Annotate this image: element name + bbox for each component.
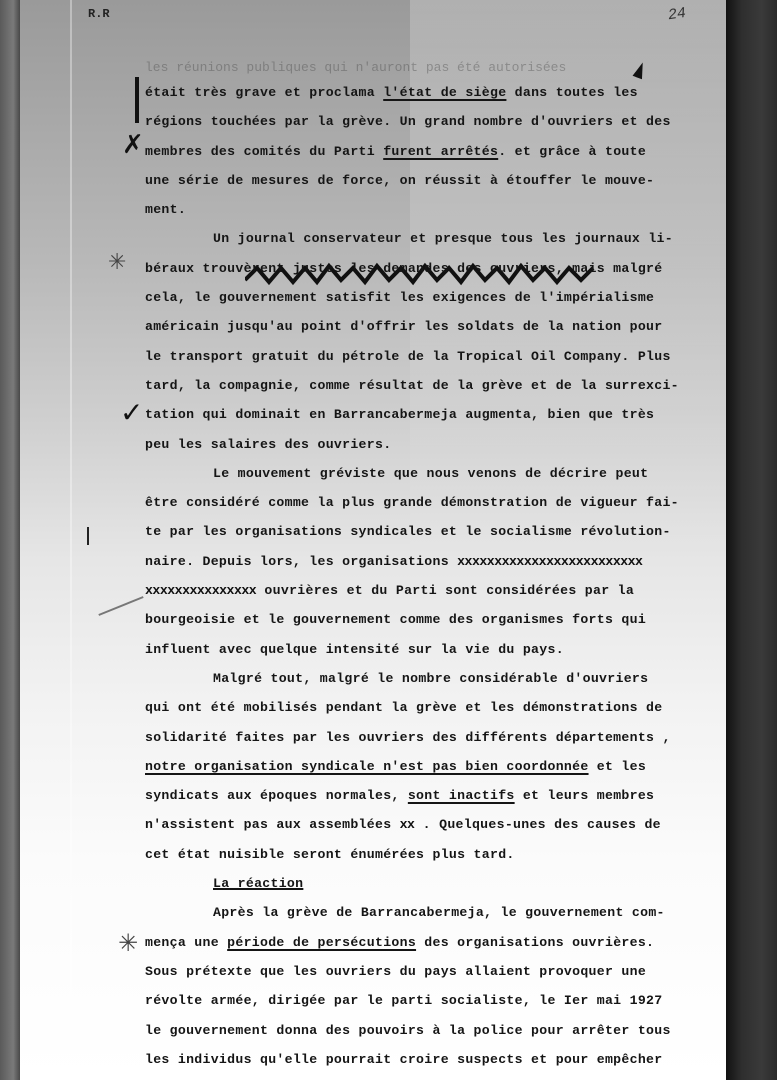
text-run: des organisations ouvrières. — [416, 935, 654, 950]
text-line: tard, la compagnie, comme résultat de la… — [145, 371, 715, 400]
text-run: régions touchées par la grève. Un grand … — [145, 114, 671, 129]
text-run: Après la grève de Barrancabermeja, le go… — [213, 905, 665, 920]
struck-out-text: xxxxxxxxxxxxxxxxxxxxxxxxx — [457, 554, 642, 569]
text-run: cet état nuisible seront énumérées plus … — [145, 847, 515, 862]
text-run: béraux trouvèrent justes les demandes de… — [145, 261, 662, 276]
text-line: xxxxxxxxxxxxxxx ouvrières et du Parti so… — [145, 576, 715, 605]
text-run: n'assistent pas aux assemblées — [145, 817, 400, 832]
text-line: influent avec quelque intensité sur la v… — [145, 635, 715, 664]
text-run: tard, la compagnie, comme résultat de la… — [145, 378, 679, 393]
text-run: naire. Depuis lors, les organisations — [145, 554, 457, 569]
margin-bracket — [135, 77, 139, 123]
text-run: était très grave et proclama — [145, 85, 383, 100]
reference-mark: R.R — [88, 7, 110, 21]
x-mark-icon: ✗ — [122, 130, 144, 160]
text-run: influent avec quelque intensité sur la v… — [145, 642, 564, 657]
text-line: était très grave et proclama l'état de s… — [145, 78, 715, 107]
text-line: Sous prétexte que les ouvriers du pays a… — [145, 957, 715, 986]
text-line: révolte armée, dirigée par le parti soci… — [145, 986, 715, 1015]
text-run: et leurs membres — [515, 788, 655, 803]
check-mark-icon: ✓ — [120, 396, 143, 429]
text-line: syndicats aux époques normales, sont ina… — [145, 781, 715, 810]
text-run: les individus qu'elle pourrait croire su… — [145, 1052, 662, 1067]
text-run: cela, le gouvernement satisfit les exige… — [145, 290, 654, 305]
text-run: ouvrières et du Parti sont considérées p… — [256, 583, 634, 598]
text-line: Le mouvement gréviste que nous venons de… — [145, 459, 715, 488]
text-run: une série de mesures de force, on réussi… — [145, 173, 654, 188]
text-run: Malgré tout, malgré le nombre considérab… — [213, 671, 648, 686]
text-run: syndicats aux époques normales, — [145, 788, 408, 803]
text-line: béraux trouvèrent justes les demandes de… — [145, 254, 715, 283]
text-line: Un journal conservateur et presque tous … — [145, 224, 715, 253]
text-run: peu les salaires des ouvriers. — [145, 437, 391, 452]
underlined-text: sont inactifs — [408, 788, 515, 803]
section-heading: La réaction — [145, 869, 715, 898]
text-line: le gouvernement donna des pouvoirs à la … — [145, 1016, 715, 1045]
text-run: bourgeoisie et le gouvernement comme des… — [145, 612, 646, 627]
bleed-through-text: les réunions publiques qui n'auront pas … — [145, 60, 566, 75]
text-run: La réaction — [213, 876, 303, 891]
text-line: Malgré tout, malgré le nombre considérab… — [145, 664, 715, 693]
text-line: le transport gratuit du pétrole de la Tr… — [145, 342, 715, 371]
text-line: peu les salaires des ouvriers. — [145, 430, 715, 459]
text-run: tation qui dominait en Barrancabermeja a… — [145, 407, 654, 422]
text-line: américain jusqu'au point d'offrir les so… — [145, 312, 715, 341]
scan-right-edge — [726, 0, 777, 1080]
text-line: n'assistent pas aux assemblées xx . Quel… — [145, 810, 715, 839]
underlined-text: furent arrêtés — [383, 144, 498, 159]
text-line: qui ont été mobilisés pendant la grève e… — [145, 693, 715, 722]
text-run: te par les organisations syndicales et l… — [145, 524, 671, 539]
text-line: notre organisation syndicale n'est pas b… — [145, 752, 715, 781]
underlined-text: période de persécutions — [227, 935, 416, 950]
struck-out-text: xxxxxxxxxxxxxxx — [145, 583, 256, 598]
text-run: solidarité faites par les ouvriers des d… — [145, 730, 671, 745]
document-body: était très grave et proclama l'état de s… — [145, 78, 715, 1074]
text-run: membres des comités du Parti — [145, 144, 383, 159]
text-run: révolte armée, dirigée par le parti soci… — [145, 993, 662, 1008]
text-line: solidarité faites par les ouvriers des d… — [145, 723, 715, 752]
text-run: être considéré comme la plus grande démo… — [145, 495, 679, 510]
text-line: cet état nuisible seront énumérées plus … — [145, 840, 715, 869]
text-line: régions touchées par la grève. Un grand … — [145, 107, 715, 136]
struck-out-text: xx — [400, 817, 415, 832]
text-line: cela, le gouvernement satisfit les exige… — [145, 283, 715, 312]
text-line: être considéré comme la plus grande démo… — [145, 488, 715, 517]
text-line: naire. Depuis lors, les organisations xx… — [145, 547, 715, 576]
text-run: le gouvernement donna des pouvoirs à la … — [145, 1023, 671, 1038]
text-run: . Quelques-unes des causes de — [414, 817, 660, 832]
text-line: Après la grève de Barrancabermeja, le go… — [145, 898, 715, 927]
text-run: ment. — [145, 202, 186, 217]
text-run: qui ont été mobilisés pendant la grève e… — [145, 700, 662, 715]
text-line: ment. — [145, 195, 715, 224]
text-line: tation qui dominait en Barrancabermeja a… — [145, 400, 715, 429]
text-line: une série de mesures de force, on réussi… — [145, 166, 715, 195]
text-line: te par les organisations syndicales et l… — [145, 517, 715, 546]
text-line: bourgeoisie et le gouvernement comme des… — [145, 605, 715, 634]
page-number: 24 — [667, 5, 687, 24]
underlined-text: l'état de siège — [383, 85, 506, 100]
asterisk-mark-icon: ✳ — [108, 250, 126, 275]
underlined-text: notre organisation syndicale n'est pas b… — [145, 759, 589, 774]
star-mark-icon: ✳ — [118, 929, 138, 957]
text-line: mença une période de persécutions des or… — [145, 928, 715, 957]
text-run: et les — [589, 759, 647, 774]
text-run: américain jusqu'au point d'offrir les so… — [145, 319, 662, 334]
text-line: membres des comités du Parti furent arrê… — [145, 137, 715, 166]
scan-left-edge — [0, 0, 22, 1080]
text-run: Sous prétexte que les ouvriers du pays a… — [145, 964, 646, 979]
text-run: Un journal conservateur et presque tous … — [213, 231, 673, 246]
text-line: les individus qu'elle pourrait croire su… — [145, 1045, 715, 1074]
text-run: Le mouvement gréviste que nous venons de… — [213, 466, 648, 481]
text-run: mença une — [145, 935, 227, 950]
text-run: le transport gratuit du pétrole de la Tr… — [145, 349, 671, 364]
margin-tick — [87, 527, 89, 545]
text-run: . et grâce à toute — [498, 144, 646, 159]
text-run: dans toutes les — [506, 85, 637, 100]
